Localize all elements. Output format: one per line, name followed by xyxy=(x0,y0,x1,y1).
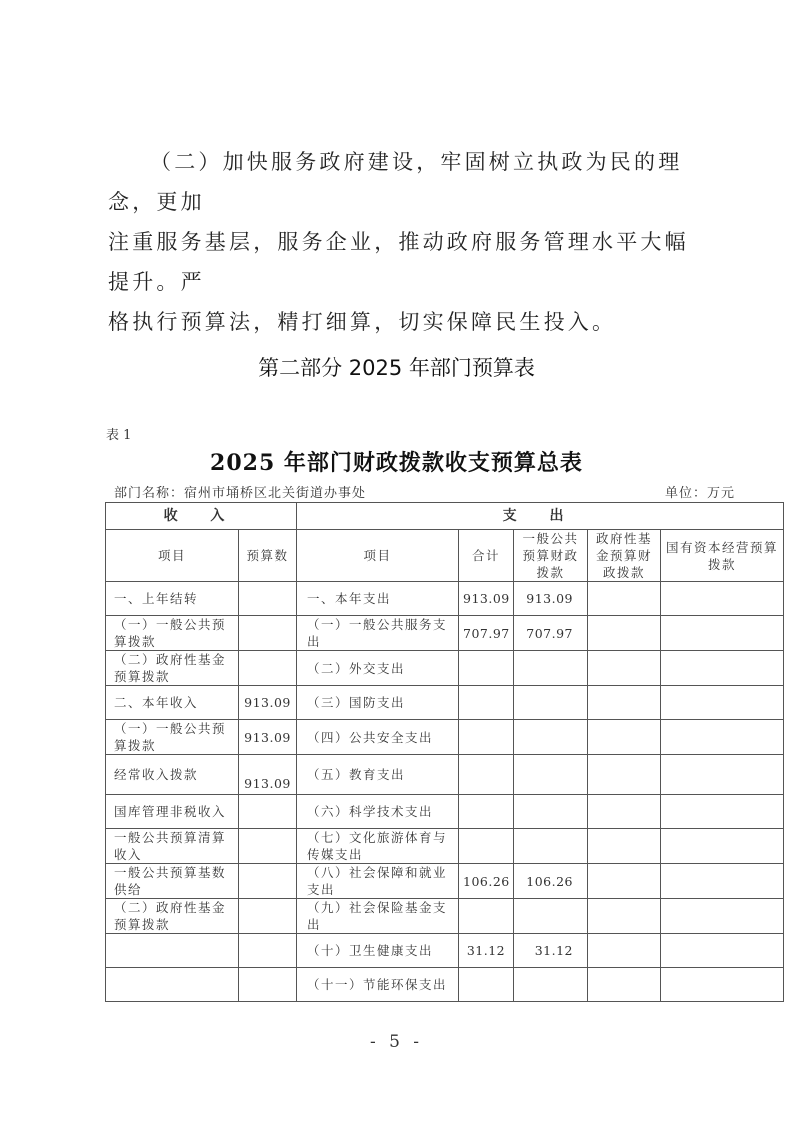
total-cell xyxy=(459,651,514,686)
state-capital-cell xyxy=(661,899,784,934)
gov-fund-cell xyxy=(588,755,661,795)
intro-paragraph: （二）加快服务政府建设，牢固树立执政为民的理念，更加 注重服务基层，服务企业，推… xyxy=(108,142,708,342)
table-row: （二）政府性基金预算拨款（二）外交支出 xyxy=(106,651,784,686)
total-cell: 31.12 xyxy=(459,934,514,968)
state-capital-cell xyxy=(661,686,784,720)
expense-group-header: 支 出 xyxy=(297,503,784,530)
paragraph-line: 注重服务基层，服务企业，推动政府服务管理水平大幅提升。严 xyxy=(108,222,708,302)
table-row: 二、本年收入913.09（三）国防支出 xyxy=(106,686,784,720)
income-amount-cell xyxy=(239,795,297,829)
income-amount-cell xyxy=(239,829,297,864)
expense-item-cell: （九）社会保险基金支出 xyxy=(297,899,459,934)
state-capital-cell xyxy=(661,934,784,968)
income-amount-cell xyxy=(239,968,297,1002)
state-capital-cell xyxy=(661,829,784,864)
gov-fund-cell xyxy=(588,968,661,1002)
col-income-amount: 预算数 xyxy=(239,530,297,582)
state-capital-cell xyxy=(661,582,784,616)
expense-item-cell: （十一）节能环保支出 xyxy=(297,968,459,1002)
col-state-capital: 国有资本经营预算拨款 xyxy=(661,530,784,582)
income-item-cell xyxy=(106,968,239,1002)
income-item-cell: （二）政府性基金预算拨款 xyxy=(106,651,239,686)
col-expense-item: 项目 xyxy=(297,530,459,582)
expense-item-cell: 一、本年支出 xyxy=(297,582,459,616)
total-cell xyxy=(459,720,514,755)
unit-label: 单位：万元 xyxy=(665,482,735,501)
expense-item-cell: （八）社会保障和就业支出 xyxy=(297,864,459,899)
general-public-cell xyxy=(514,686,588,720)
paragraph-line: （二）加快服务政府建设，牢固树立执政为民的理念，更加 xyxy=(108,142,708,222)
expense-item-cell: （二）外交支出 xyxy=(297,651,459,686)
general-public-cell: 707.97 xyxy=(514,616,588,651)
gov-fund-cell xyxy=(588,899,661,934)
budget-summary-table: 收 入 支 出 项目 预算数 项目 合计 一般公共预算财政拨款 政府性基金预算财… xyxy=(105,502,784,1002)
expense-item-cell: （十）卫生健康支出 xyxy=(297,934,459,968)
gov-fund-cell xyxy=(588,616,661,651)
total-cell: 913.09 xyxy=(459,582,514,616)
income-amount-cell xyxy=(239,582,297,616)
income-item-cell: （一）一般公共预算拨款 xyxy=(106,616,239,651)
page-number: - 5 - xyxy=(0,1032,793,1052)
state-capital-cell xyxy=(661,651,784,686)
general-public-cell: 31.12 xyxy=(514,934,588,968)
income-amount-cell xyxy=(239,616,297,651)
general-public-cell xyxy=(514,829,588,864)
table-row: 一般公共预算基数供给（八）社会保障和就业支出106.26106.26 xyxy=(106,864,784,899)
general-public-cell: 106.26 xyxy=(514,864,588,899)
gov-fund-cell xyxy=(588,795,661,829)
general-public-cell xyxy=(514,755,588,795)
income-group-header: 收 入 xyxy=(106,503,297,530)
gov-fund-cell xyxy=(588,582,661,616)
total-cell: 106.26 xyxy=(459,864,514,899)
income-amount-cell xyxy=(239,934,297,968)
general-public-cell xyxy=(514,795,588,829)
total-cell xyxy=(459,968,514,1002)
expense-item-cell: （六）科学技术支出 xyxy=(297,795,459,829)
income-item-cell: 一、上年结转 xyxy=(106,582,239,616)
expense-item-cell: （五）教育支出 xyxy=(297,755,459,795)
total-cell: 707.97 xyxy=(459,616,514,651)
general-public-cell xyxy=(514,899,588,934)
income-item-cell: 经常收入拨款 xyxy=(106,755,239,795)
table-row: （一）一般公共预算拨款（一）一般公共服务支出707.97707.97 xyxy=(106,616,784,651)
income-amount-cell: 913.09 xyxy=(239,755,297,795)
gov-fund-cell xyxy=(588,720,661,755)
income-item-cell: （二）政府性基金预算拨款 xyxy=(106,899,239,934)
state-capital-cell xyxy=(661,864,784,899)
income-item-cell xyxy=(106,934,239,968)
general-public-cell xyxy=(514,651,588,686)
total-cell xyxy=(459,686,514,720)
income-amount-cell xyxy=(239,651,297,686)
table-number: 表 1 xyxy=(106,424,131,443)
gov-fund-cell xyxy=(588,934,661,968)
section-title: 第二部分 2025 年部门预算表 xyxy=(0,352,793,382)
state-capital-cell xyxy=(661,616,784,651)
table-row: 经常收入拨款913.09（五）教育支出 xyxy=(106,755,784,795)
expense-item-cell: （一）一般公共服务支出 xyxy=(297,616,459,651)
general-public-cell xyxy=(514,720,588,755)
table-row: 一般公共预算清算收入（七）文化旅游体育与传媒支出 xyxy=(106,829,784,864)
income-item-cell: 一般公共预算清算收入 xyxy=(106,829,239,864)
state-capital-cell xyxy=(661,795,784,829)
general-public-cell: 913.09 xyxy=(514,582,588,616)
gov-fund-cell xyxy=(588,686,661,720)
total-cell xyxy=(459,829,514,864)
income-amount-cell: 913.09 xyxy=(239,686,297,720)
table-row: 国库管理非税收入（六）科学技术支出 xyxy=(106,795,784,829)
income-amount-cell xyxy=(239,864,297,899)
state-capital-cell xyxy=(661,968,784,1002)
total-cell xyxy=(459,899,514,934)
income-item-cell: 二、本年收入 xyxy=(106,686,239,720)
table-row: 一、上年结转一、本年支出913.09913.09 xyxy=(106,582,784,616)
state-capital-cell xyxy=(661,720,784,755)
table-row: （二）政府性基金预算拨款（九）社会保险基金支出 xyxy=(106,899,784,934)
income-amount-cell xyxy=(239,899,297,934)
table-title: 2025 年部门财政拨款收支预算总表 xyxy=(0,446,793,477)
expense-item-cell: （七）文化旅游体育与传媒支出 xyxy=(297,829,459,864)
general-public-cell xyxy=(514,968,588,1002)
col-general-public: 一般公共预算财政拨款 xyxy=(514,530,588,582)
income-amount-cell: 913.09 xyxy=(239,720,297,755)
department-label: 部门名称：宿州市埇桥区北关街道办事处 xyxy=(114,482,366,501)
table-row: （十）卫生健康支出31.1231.12 xyxy=(106,934,784,968)
income-item-cell: （一）一般公共预算拨款 xyxy=(106,720,239,755)
state-capital-cell xyxy=(661,755,784,795)
col-total: 合计 xyxy=(459,530,514,582)
paragraph-line: 格执行预算法，精打细算，切实保障民生投入。 xyxy=(108,302,708,342)
gov-fund-cell xyxy=(588,651,661,686)
col-gov-fund: 政府性基金预算财政拨款 xyxy=(588,530,661,582)
table-row: （一）一般公共预算拨款913.09（四）公共安全支出 xyxy=(106,720,784,755)
table-row: （十一）节能环保支出 xyxy=(106,968,784,1002)
expense-item-cell: （三）国防支出 xyxy=(297,686,459,720)
gov-fund-cell xyxy=(588,864,661,899)
gov-fund-cell xyxy=(588,829,661,864)
total-cell xyxy=(459,755,514,795)
expense-item-cell: （四）公共安全支出 xyxy=(297,720,459,755)
col-income-item: 项目 xyxy=(106,530,239,582)
income-item-cell: 一般公共预算基数供给 xyxy=(106,864,239,899)
income-item-cell: 国库管理非税收入 xyxy=(106,795,239,829)
total-cell xyxy=(459,795,514,829)
